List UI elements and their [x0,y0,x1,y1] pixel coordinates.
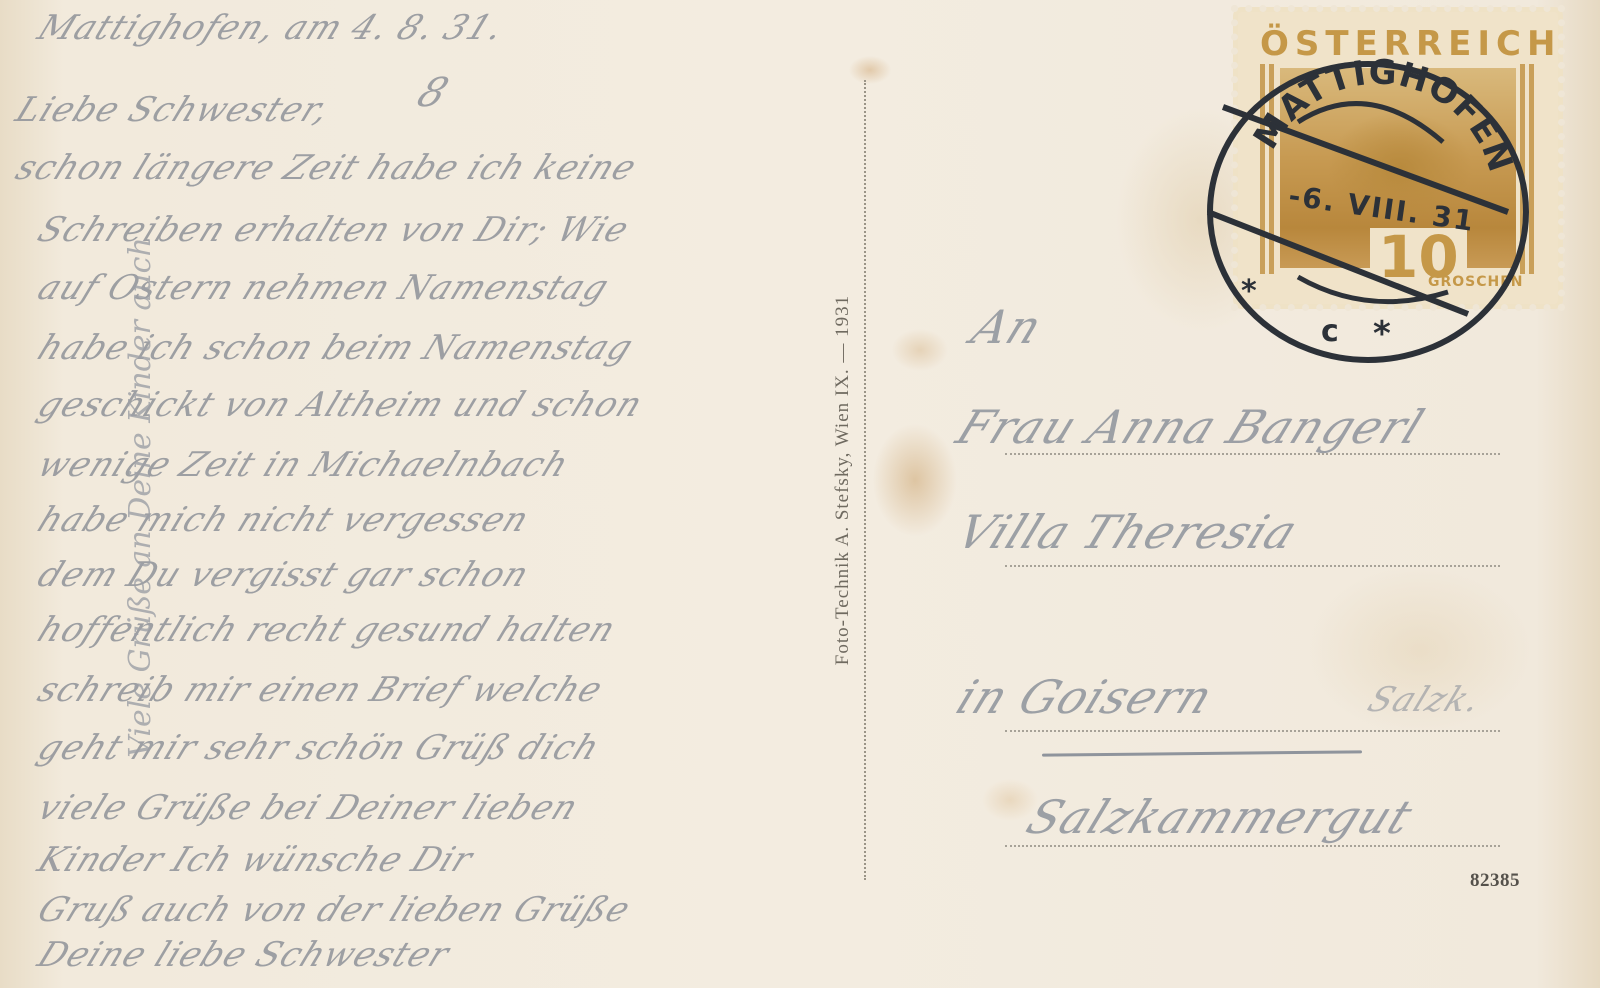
postmark: MATTIGHOFEN -6. VIII. 31 * c * [1203,52,1543,370]
address-underline [1042,750,1362,756]
message-line: schon längere Zeit habe ich keine [10,148,643,188]
message-line: viele Grüße bei Deiner lieben [32,788,585,828]
message-line: wenige Zeit in Michaelnbach [32,445,575,485]
message-line: Gruß auch von der lieben Grüße [32,890,637,930]
message-line: habe mich nicht vergessen [32,500,535,540]
message-line: geht mir sehr schön Grüß dich [32,728,606,768]
address-street: Villa Theresia [949,505,1306,559]
message-line: dem Du vergisst gar schon [32,555,536,595]
message-margin-note: Viele Grüße an Deine Kinder auch [123,237,158,758]
address-line-3 [1005,730,1500,732]
postmark-star-icon: * [1241,274,1257,309]
address-line-1 [1005,453,1500,455]
message-line: Kinder Ich wünsche Dir [32,840,479,880]
postcard: Mattighofen, am 4. 8. 31. 8 Liebe Schwes… [0,0,1600,988]
address-line-2 [1005,565,1500,567]
message-line: schreib mir einen Brief welche [32,670,609,710]
message-line: Liebe Schwester, [10,90,336,130]
svg-text:MATTIGHOFEN: MATTIGHOFEN [1246,52,1521,177]
address-region: Salzkammergut [1019,790,1421,844]
postmark-letter: c [1321,314,1339,349]
address-name: Frau Anna Bangerl [949,400,1432,454]
message-dateline: Mattighofen, am 4. 8. 31. [32,8,511,48]
message-line: hoffentlich recht gesund halten [32,610,622,650]
center-divider [864,80,866,880]
message-line: auf Ostern nehmen Namenstag [32,268,615,308]
message-date-mark: 8 [411,70,456,116]
postmark-town: MATTIGHOFEN [1246,52,1521,177]
address-town: in Goisern [949,670,1221,724]
address-line-4 [1005,845,1500,847]
address-town-suffix: Salzk. [1362,680,1488,720]
message-signature: Deine liebe Schwester [32,935,456,975]
address-prefix: An [964,300,1051,354]
serial-number: 82385 [1470,870,1520,892]
postmark-star-icon: * [1373,314,1391,354]
publisher-imprint: Foto-Technik A. Stefsky, Wien IX. — 1931 [832,295,854,665]
